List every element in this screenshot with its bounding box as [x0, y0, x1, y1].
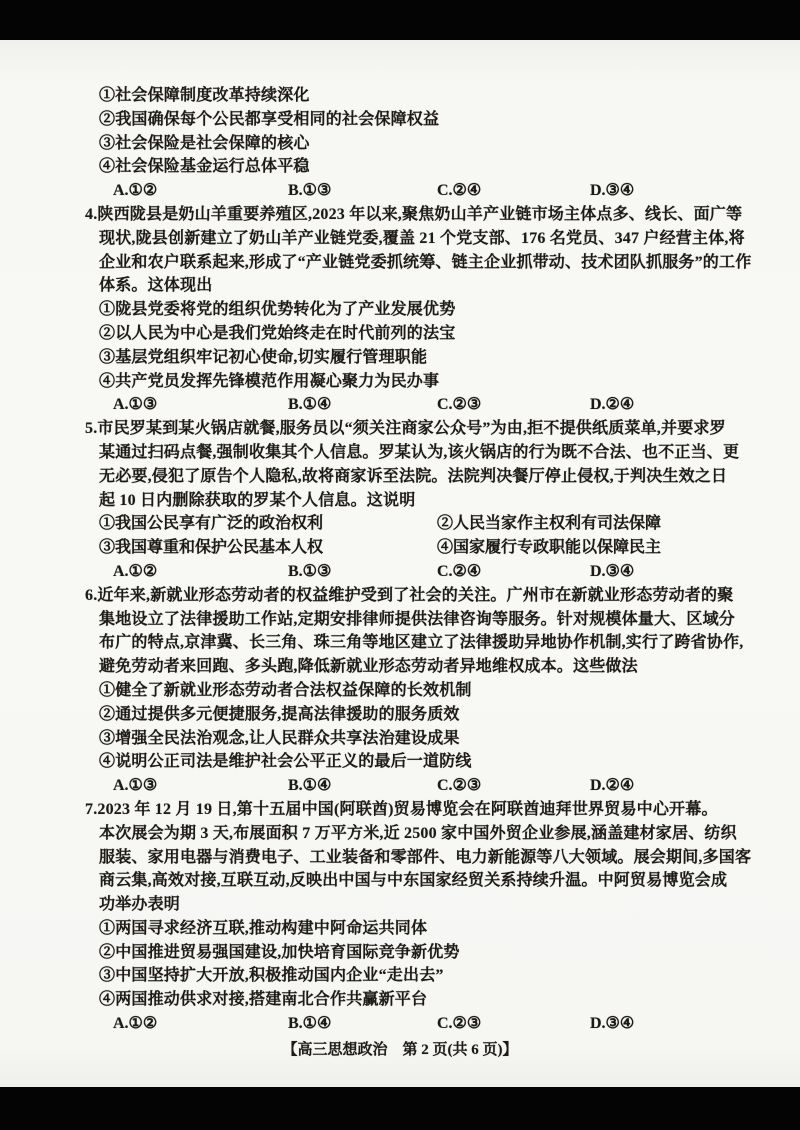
q4-stem-line: 4.陕西陇县是奶山羊重要养殖区,2023 年以来,聚焦奶山羊产业链市场主体点多、… [85, 203, 755, 227]
q7-stem-line: 7.2023 年 12 月 19 日,第十五届中国(阿联酋)贸易博览会在阿联酋迪… [85, 798, 755, 822]
q4-option-line: ④共产党员发挥先锋模范作用凝心聚力为民办事 [99, 370, 755, 394]
q5-answer-a: A.①② [113, 560, 288, 584]
q5-option-1: ①我国公民享有广泛的政治权利 [99, 512, 437, 536]
q3-answer-b: B.①③ [288, 179, 437, 203]
q6-stem-line: 6.近年来,新就业形态劳动者的权益维护受到了社会的关注。广州市在新就业形态劳动者… [85, 584, 755, 608]
q5-option-2: ②人民当家作主权利有司法保障 [437, 512, 755, 536]
q5-stem-line: 5.市民罗某到某火锅店就餐,服务员以“须关注商家公众号”为由,拒不提供纸质菜单,… [85, 417, 755, 441]
q6-stem-line: 布广的特点,京津冀、长三角、珠三角等地区建立了法律援助异地协作机制,实行了跨省协… [99, 631, 755, 655]
q5-option-row: ①我国公民享有广泛的政治权利 ②人民当家作主权利有司法保障 [99, 512, 755, 536]
q5-stem-line: 无必要,侵犯了原告个人隐私,故将商家诉至法院。法院判决餐厅停止侵权,于判决生效之… [99, 465, 755, 489]
q3-option-line: ④社会保险基金运行总体平稳 [99, 155, 755, 179]
q3-answer-a: A.①② [113, 179, 288, 203]
q7-stem-line: 服装、家用电器与消费电子、工业装备和零部件、电力新能源等八大领域。展会期间,多国… [99, 846, 755, 870]
q7-option-line: ③中国坚持扩大开放,积极推动国内企业“走出去” [99, 964, 755, 988]
bottom-black-border [0, 1087, 800, 1130]
q3-answer-d: D.③④ [590, 179, 755, 203]
q5-answer-c: C.②④ [437, 560, 590, 584]
q6-option-line: ③增强全民法治观念,让人民群众共享法治建设成果 [99, 727, 755, 751]
q6-option-line: ④说明公正司法是维护社会公平正义的最后一道防线 [99, 750, 755, 774]
q7-stem-line: 本次展会为期 3 天,布展面积 7 万平方米,近 2500 家中国外贸企业参展,… [99, 822, 755, 846]
exam-content: ①社会保障制度改革持续深化 ②我国确保每个公民都享受相同的社会保障权益 ③社会保… [85, 84, 755, 1036]
q7-answer-row: A.①② B.①④ C.②③ D.③④ [113, 1012, 755, 1036]
q5-option-4: ④国家履行专政职能以保障民主 [437, 536, 755, 560]
q4-answer-d: D.②④ [590, 393, 755, 417]
q3-option-line: ①社会保障制度改革持续深化 [99, 84, 755, 108]
q7-answer-a: A.①② [113, 1012, 288, 1036]
q6-option-line: ①健全了新就业形态劳动者合法权益保障的长效机制 [99, 679, 755, 703]
q4-option-line: ②以人民为中心是我们党始终走在时代前列的法宝 [99, 322, 755, 346]
q6-answer-row: A.①③ B.①④ C.②③ D.②④ [113, 774, 755, 798]
q4-answer-row: A.①③ B.①④ C.②③ D.②④ [113, 393, 755, 417]
q4-answer-b: B.①④ [288, 393, 437, 417]
q6-answer-a: A.①③ [113, 774, 288, 798]
q6-answer-b: B.①④ [288, 774, 437, 798]
q4-stem-line: 体系。这体现出 [99, 274, 755, 298]
q5-answer-d: D.③④ [590, 560, 755, 584]
q7-option-line: ④两国推动供求对接,搭建南北合作共赢新平台 [99, 988, 755, 1012]
q3-answer-row: A.①② B.①③ C.②④ D.③④ [113, 179, 755, 203]
q7-stem-line: 商云集,高效对接,互联互动,反映出中国与中东国家经贸关系持续升温。中阿贸易博览会… [99, 869, 755, 893]
exam-scan-page: ①社会保障制度改革持续深化 ②我国确保每个公民都享受相同的社会保障权益 ③社会保… [0, 0, 800, 1130]
q7-option-line: ①两国寻求经济互联,推动构建中阿命运共同体 [99, 917, 755, 941]
q6-answer-d: D.②④ [590, 774, 755, 798]
q4-answer-c: C.②③ [437, 393, 590, 417]
q7-answer-b: B.①④ [288, 1012, 437, 1036]
q5-option-3: ③我国尊重和保护公民基本人权 [99, 536, 437, 560]
q5-stem-line: 某通过扫码点餐,强制收集其个人信息。罗某认为,该火锅店的行为既不合法、也不正当、… [99, 441, 755, 465]
q5-option-row: ③我国尊重和保护公民基本人权 ④国家履行专政职能以保障民主 [99, 536, 755, 560]
q7-answer-d: D.③④ [590, 1012, 755, 1036]
q5-answer-b: B.①③ [288, 560, 437, 584]
q4-option-line: ③基层党组织牢记初心使命,切实履行管理职能 [99, 346, 755, 370]
q4-option-line: ①陇县党委将党的组织优势转化为了产业发展优势 [99, 298, 755, 322]
q6-stem-line: 避免劳动者来回跑、多头跑,降低新就业形态劳动者异地维权成本。这些做法 [99, 655, 755, 679]
page-footer: 【高三思想政治 第 2 页(共 6 页)】 [0, 1038, 800, 1059]
q7-stem-line: 功举办表明 [99, 893, 755, 917]
q5-answer-row: A.①② B.①③ C.②④ D.③④ [113, 560, 755, 584]
q3-option-line: ②我国确保每个公民都享受相同的社会保障权益 [99, 108, 755, 132]
q3-answer-c: C.②④ [437, 179, 590, 203]
q3-option-line: ③社会保险是社会保障的核心 [99, 132, 755, 156]
q6-option-line: ②通过提供多元便捷服务,提高法律援助的服务质效 [99, 703, 755, 727]
q5-stem-line: 起 10 日内删除获取的罗某个人信息。这说明 [99, 489, 755, 513]
q4-answer-a: A.①③ [113, 393, 288, 417]
exam-paper: ①社会保障制度改革持续深化 ②我国确保每个公民都享受相同的社会保障权益 ③社会保… [0, 40, 800, 1087]
q6-stem-line: 集地设立了法律援助工作站,定期安排律师提供法律咨询等服务。针对规模体量大、区域分 [99, 608, 755, 632]
q7-answer-c: C.②③ [437, 1012, 590, 1036]
q7-option-line: ②中国推进贸易强国建设,加快培育国际竞争新优势 [99, 941, 755, 965]
q4-stem-line: 现状,陇县创新建立了奶山羊产业链党委,覆盖 21 个党支部、176 名党员、34… [99, 227, 755, 251]
q4-stem-line: 企业和农户联系起来,形成了“产业链党委抓统筹、链主企业抓带动、技术团队抓服务”的… [99, 251, 755, 275]
top-black-border [0, 0, 800, 40]
q6-answer-c: C.②③ [437, 774, 590, 798]
